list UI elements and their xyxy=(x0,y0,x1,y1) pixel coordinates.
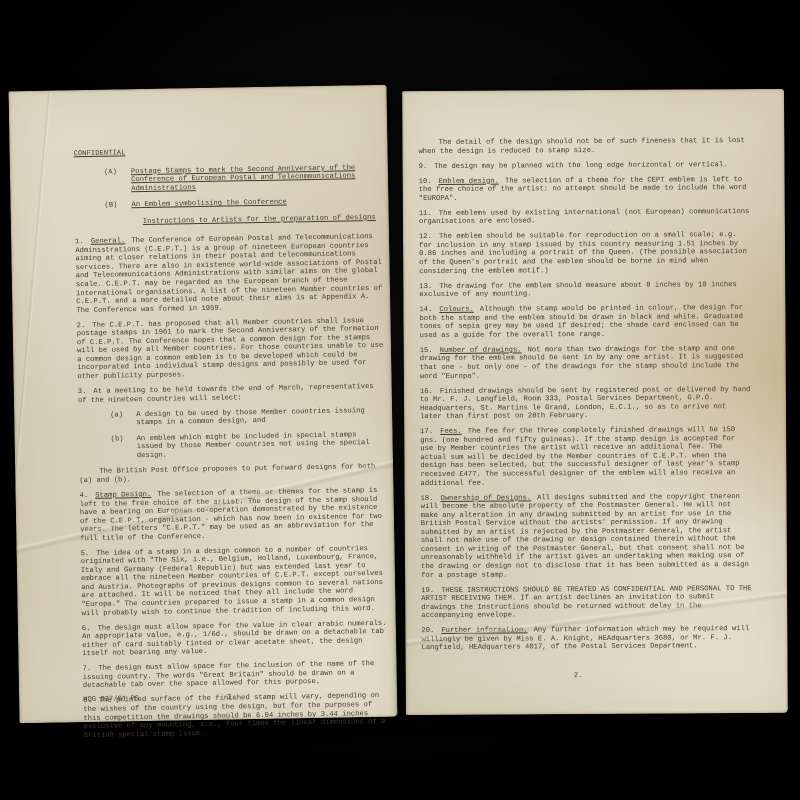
paragraph-17: 17.Fees.The fee for the three completely… xyxy=(420,426,752,488)
paragraph-12: 12.The emblem should be suitable for rep… xyxy=(419,231,751,276)
paragraph-1: 1.General.The Conference of European Pos… xyxy=(75,233,384,315)
paragraph-9: 9.The design may be planned with the lon… xyxy=(419,161,751,172)
paragraph-british-post-office: The British Post Office proposes to put … xyxy=(79,463,387,485)
paragraph-14: 14.Colours.Although the stamp would be p… xyxy=(419,304,751,340)
page-2-text-body: The detail of the design should not be o… xyxy=(402,89,787,653)
heading-a: (A) Postage Stamps to mark the Second An… xyxy=(74,163,382,194)
subitem-a: (a)A design to be used by those Member c… xyxy=(78,406,386,428)
paragraph-3: 3.At a meeting to be held towards the en… xyxy=(78,383,386,405)
paragraph-20: 20.Further information.Any further infor… xyxy=(421,625,753,653)
paragraph-16: 16.Finished drawings should be sent by r… xyxy=(420,386,752,422)
page-1-number: 1. xyxy=(227,693,236,701)
paragraph-15: 15.Number of drawings.Not more than two … xyxy=(420,345,752,381)
paragraph-18: 18.Ownership of Designs.All designs subm… xyxy=(421,493,754,580)
document-page-1: CONFIDENTIAL (A) Postage Stamps to mark … xyxy=(9,85,398,724)
document-subtitle: Instructions to Artists for the preparat… xyxy=(143,214,383,227)
file-reference: HQG 937/61 PS xyxy=(83,695,139,704)
paragraph-5: 5.The idea of a stamp in a design common… xyxy=(81,545,390,619)
paragraph-4: 4.Stamp Design.The selection of a theme … xyxy=(80,487,389,544)
paragraph-2: 2.The C.E.P.T. has proposed that all Mem… xyxy=(77,317,386,382)
page-1-text-body: CONFIDENTIAL (A) Postage Stamps to mark … xyxy=(9,85,398,742)
document-page-2: The detail of the design should not be o… xyxy=(402,89,788,715)
heading-a-label: (A) xyxy=(104,168,117,177)
paragraph-7: 7.The design must allow space for the in… xyxy=(83,660,391,691)
paragraph-19: 19.THESE INSTRUCTIONS SHOULD BE TREATED … xyxy=(421,585,753,621)
paragraph-11: 11.The emblems used by existing internat… xyxy=(419,208,751,227)
heading-b-label: (B) xyxy=(104,202,117,211)
confidential-marking: CONFIDENTIAL xyxy=(74,145,382,159)
heading-a-text: Postage Stamps to mark the Second Annive… xyxy=(131,164,356,193)
paragraph-13: 13.The drawing for the emblem should mea… xyxy=(419,281,751,300)
page-2-footer: 2. xyxy=(406,671,788,673)
paragraph-6: 6.The design must allow space for the va… xyxy=(82,619,391,659)
subitem-b: (b)An emblem which might be included in … xyxy=(79,431,387,462)
heading-b: (B) An Emblem symbolising the Conference xyxy=(74,197,382,211)
page-2-number: 2. xyxy=(574,672,583,680)
heading-b-text: An Emblem symbolising the Conference xyxy=(131,199,286,210)
photograph-black-backdrop: { "colors": { "background": "#050505", "… xyxy=(0,0,800,800)
paragraph-intro-continuation: The detail of the design should not be o… xyxy=(418,137,750,156)
paragraph-10: 10.Emblem design.The selection of a them… xyxy=(419,176,751,204)
